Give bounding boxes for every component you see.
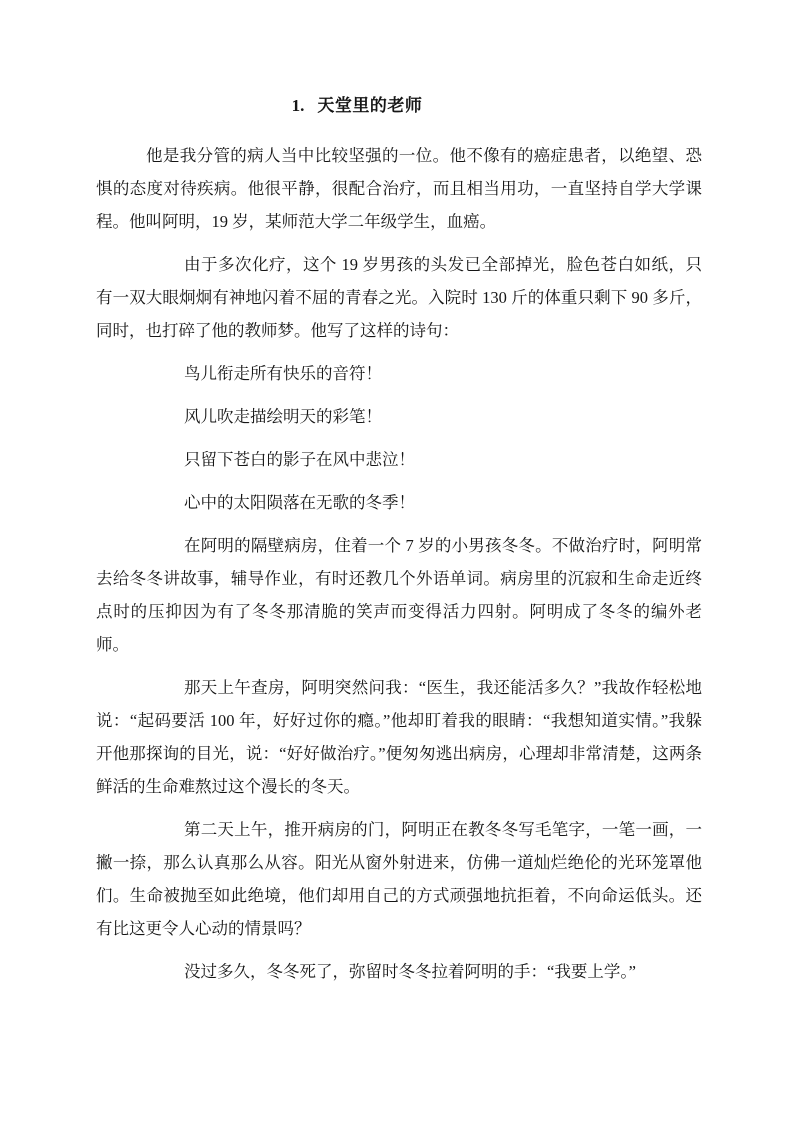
paragraph-ward-round: 那天上午查房，阿明突然问我：“医生，我还能活多久？”我故作轻松地说：“起码要活 …	[96, 671, 702, 803]
poem-line-3: 只留下苍白的影子在风中悲泣！	[96, 443, 702, 476]
poem-line-4: 心中的太阳陨落在无歌的冬季！	[96, 486, 702, 519]
paragraph-ending: 没过多久，冬冬死了，弥留时冬冬拉着阿明的手：“我要上学。”	[96, 955, 702, 988]
title-number: 1.	[292, 96, 305, 115]
title-text: 天堂里的老师	[317, 96, 422, 115]
poem-line-1: 鸟儿衔走所有快乐的音符！	[96, 357, 702, 390]
paragraph-dongdong: 在阿明的隔壁病房，住着一个 7 岁的小男孩冬冬。不做治疗时，阿明常去给冬冬讲故事…	[96, 529, 702, 661]
paragraph-intro: 他是我分管的病人当中比较坚强的一位。他不像有的癌症患者，以绝望、恐惧的态度对待疾…	[96, 139, 702, 238]
page-title: 1.天堂里的老师	[96, 95, 618, 117]
document-content: 1.天堂里的老师 他是我分管的病人当中比较坚强的一位。他不像有的癌症患者，以绝望…	[96, 0, 702, 998]
paragraph-calligraphy: 第二天上午，推开病房的门，阿明正在教冬冬写毛笔字，一笔一画，一撇一捺，那么认真那…	[96, 813, 702, 945]
poem-line-2: 风儿吹走描绘明天的彩笔！	[96, 400, 702, 433]
document-page: 1.天堂里的老师 他是我分管的病人当中比较坚强的一位。他不像有的癌症患者，以绝望…	[0, 0, 793, 1122]
paragraph-chemo: 由于多次化疗，这个 19 岁男孩的头发已全部掉光，脸色苍白如纸，只有一双大眼炯炯…	[96, 248, 702, 347]
